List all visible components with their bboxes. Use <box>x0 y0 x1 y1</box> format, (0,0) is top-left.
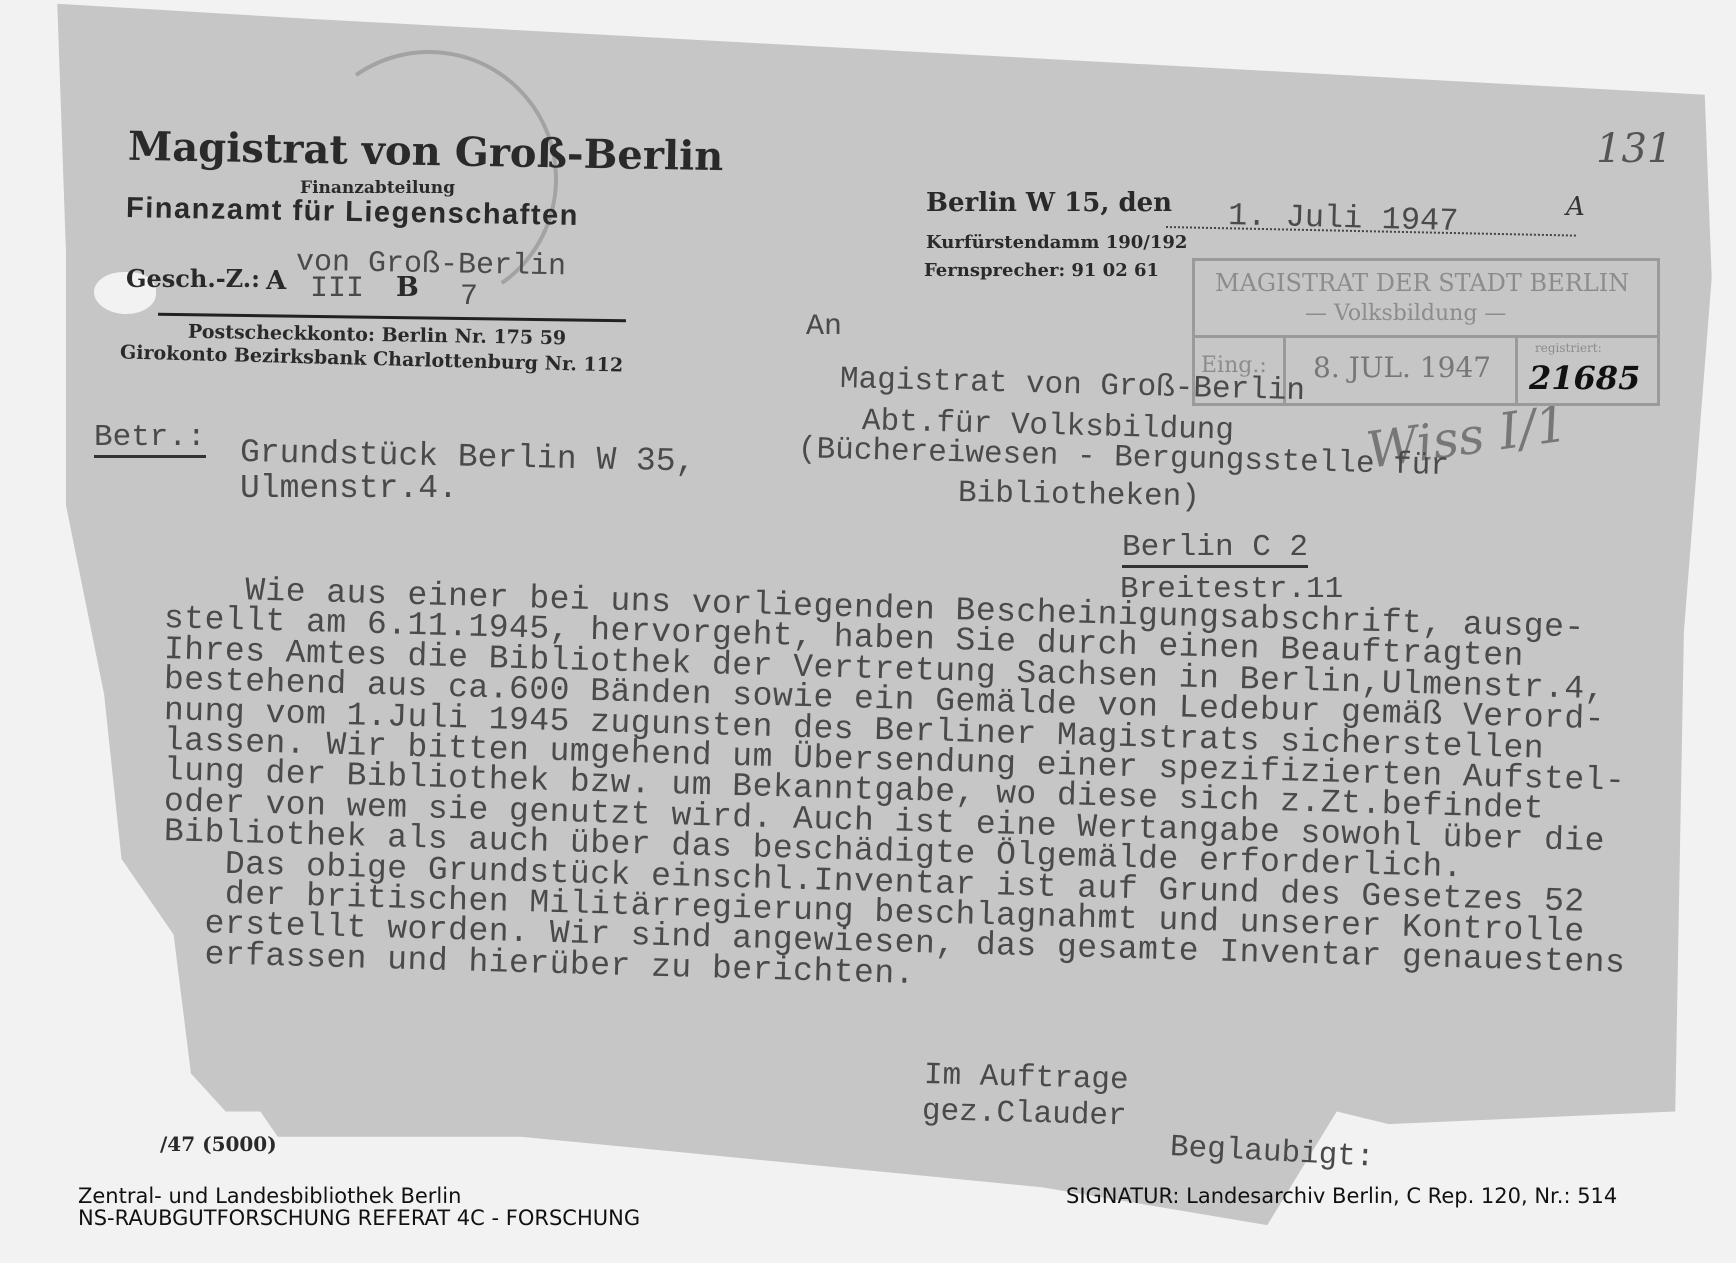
reference-label: Gesch.-Z.: <box>126 264 260 293</box>
closing-line-2: gez.Clauder <box>922 1094 1127 1134</box>
stamp-subtitle: — Volksbildung — <box>1305 301 1506 326</box>
form-number: /47 (5000) <box>160 1132 277 1156</box>
recipient-city: Berlin C 2 <box>1122 530 1308 568</box>
recipient-line-4: Bibliotheken) <box>958 476 1200 515</box>
stamp-divider <box>1195 335 1657 338</box>
reference-b: B <box>396 272 419 303</box>
reference-number: 7 <box>460 280 478 314</box>
recipient-to-label: An <box>806 310 842 344</box>
sender-city-line: Berlin W 15, den <box>926 188 1172 218</box>
archive-institution: Zentral- und Landesbibliothek Berlin <box>78 1184 461 1208</box>
subject-line-2: Ulmenstr.4. <box>240 470 458 507</box>
folio-annotation: 131 <box>1596 126 1672 172</box>
subject-label: Betr.: <box>94 420 206 458</box>
sender-street: Kurfürstendamm 190/192 <box>926 232 1187 253</box>
archive-department: NS-RAUBGUTFORSCHUNG REFERAT 4C - FORSCHU… <box>78 1206 640 1230</box>
sender-phone: Fernsprecher: 91 02 61 <box>924 260 1159 281</box>
reference-typed: III <box>310 272 364 306</box>
letter-date: 1. Juli 1947 <box>1228 197 1459 240</box>
stamp-col-divider <box>1515 335 1518 403</box>
reference-prefix: A <box>266 266 286 296</box>
archive-signature: SIGNATUR: Landesarchiv Berlin, C Rep. 12… <box>1066 1184 1617 1208</box>
stamp-registered-number: 21685 <box>1529 359 1640 397</box>
stamp-received-date: 8. JUL. 1947 <box>1313 351 1491 384</box>
date-mark-annotation: A <box>1566 192 1585 222</box>
closing-line-1: Im Auftrage <box>924 1058 1129 1098</box>
stamp-registered-label: registriert: <box>1535 341 1602 355</box>
stamp-title: MAGISTRAT DER STADT BERLIN <box>1215 269 1629 297</box>
